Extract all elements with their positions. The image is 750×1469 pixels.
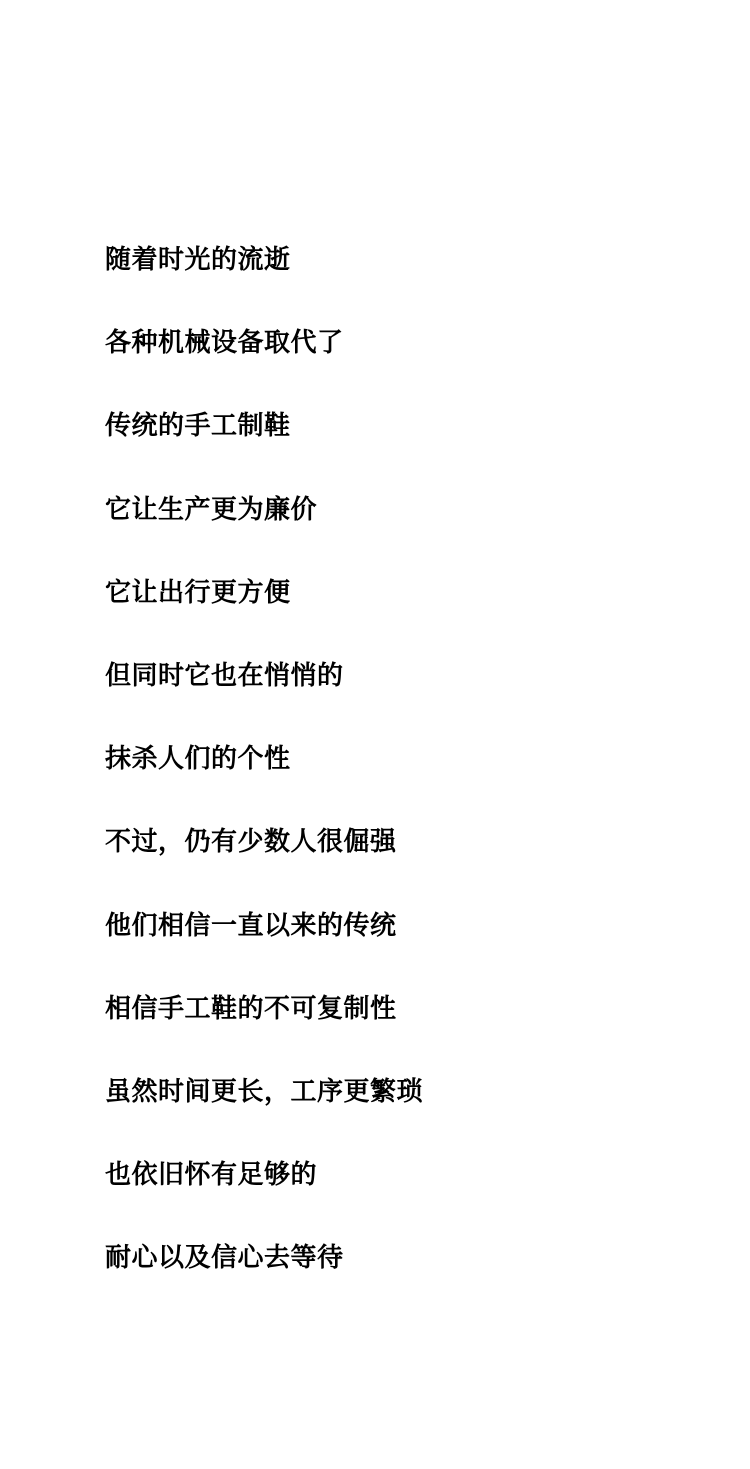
text-line: 随着时光的流逝 — [105, 216, 720, 299]
text-line: 也依旧怀有足够的 — [105, 1131, 720, 1214]
text-line: 耐心以及信心去等待 — [105, 1214, 720, 1297]
text-line: 各种机械设备取代了 — [105, 299, 720, 382]
text-line: 它让出行更方便 — [105, 549, 720, 632]
text-line: 他们相信一直以来的传统 — [105, 882, 720, 965]
text-line: 它让生产更为廉价 — [105, 466, 720, 549]
document-page: 随着时光的流逝各种机械设备取代了传统的手工制鞋它让生产更为廉价它让出行更方便但同… — [0, 0, 750, 1469]
text-line: 不过，仍有少数人很倔强 — [105, 798, 720, 881]
text-block: 随着时光的流逝各种机械设备取代了传统的手工制鞋它让生产更为廉价它让出行更方便但同… — [105, 216, 720, 1297]
text-line: 抹杀人们的个性 — [105, 715, 720, 798]
text-line: 传统的手工制鞋 — [105, 382, 720, 465]
text-line: 相信手工鞋的不可复制性 — [105, 965, 720, 1048]
text-line: 但同时它也在悄悄的 — [105, 632, 720, 715]
text-line: 虽然时间更长，工序更繁琐 — [105, 1048, 720, 1131]
